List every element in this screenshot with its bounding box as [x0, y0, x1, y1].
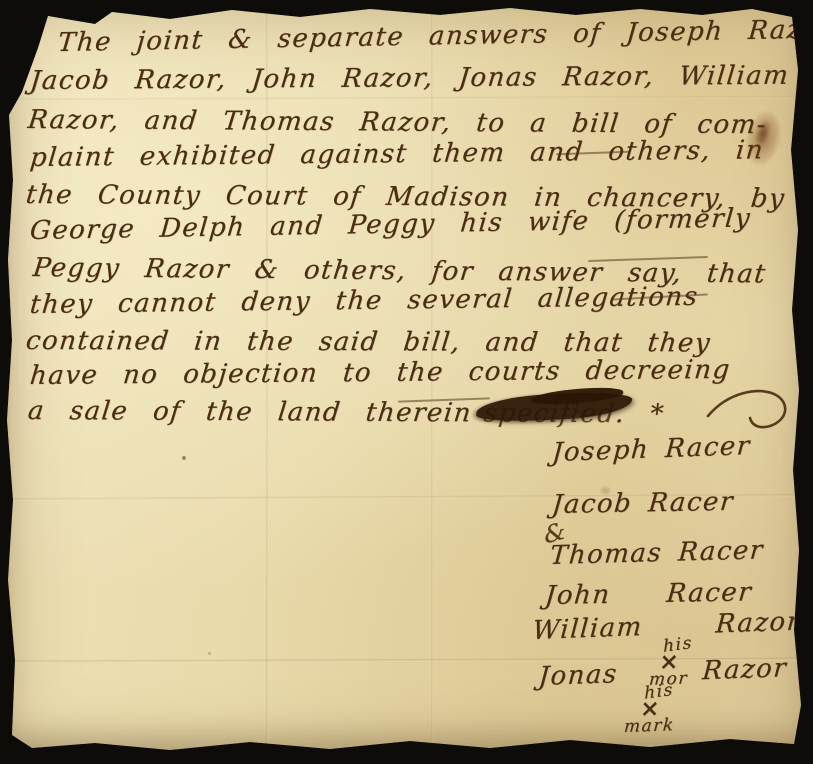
paper-speck	[575, 414, 579, 419]
paper-speck	[208, 652, 211, 655]
paper-sheet: The joint & separate answers of Joseph R…	[0, 0, 813, 764]
signature-thomas-racer: &ThomasRacer	[547, 535, 765, 571]
manuscript-final-line: a sale of the land thereinspecified. *	[26, 395, 666, 430]
manuscript-line: have no objection to the courts decreein…	[28, 354, 732, 392]
his-x-mark: his×mark	[623, 684, 677, 734]
manuscript-line: Jacob Razor, John Razor, Jonas Razor, Wi…	[28, 60, 790, 97]
crossed-out-word: specified	[482, 397, 617, 430]
manuscript-line: The joint & separate answers of Joseph R…	[57, 13, 813, 59]
signature-john-racer: JohnRacer	[544, 577, 754, 611]
signature-jonas-razor: Jonashis×markRazor	[534, 653, 788, 737]
scanned-document: The joint & separate answers of Joseph R…	[0, 0, 813, 764]
paper-speck	[601, 487, 610, 494]
paper-speck	[710, 452, 713, 455]
signature-jacob-racer: JacobRacer	[551, 487, 735, 520]
manuscript-line: plaint exhibited against them and others…	[28, 134, 765, 174]
paper-speck	[182, 456, 186, 460]
signature-joseph-racer: JosephRacer	[551, 431, 752, 468]
fold-crease-horizontal	[8, 96, 804, 102]
manuscript-line: they cannot deny the several allegations	[29, 281, 700, 321]
